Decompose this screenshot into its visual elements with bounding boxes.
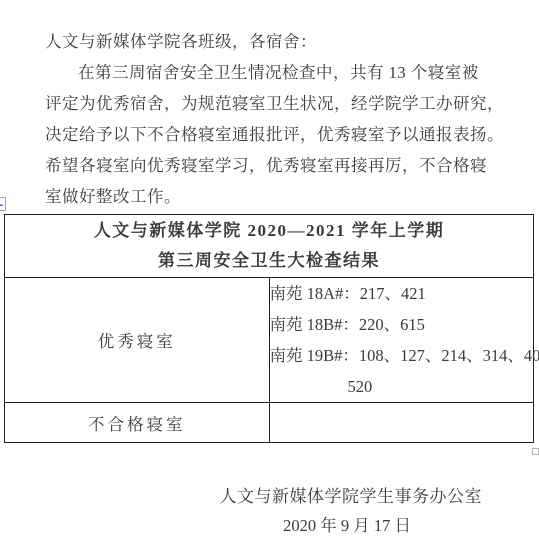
table-title-cell: 人文与新媒体学院 2020—2021 学年上学期 第三周安全卫生大检查结果 [5, 215, 534, 278]
signature-date: 2020 年 9 月 17 日 [283, 512, 411, 536]
body-line: 室做好整改工作。 [45, 181, 530, 212]
signature-office: 人文与新媒体学院学生事务办公室 [220, 482, 483, 507]
inspection-table-wrap: 人文与新媒体学院 2020—2021 学年上学期 第三周安全卫生大检查结果 优秀… [4, 214, 534, 443]
table-title-row: 人文与新媒体学院 2020—2021 学年上学期 第三周安全卫生大检查结果 [5, 215, 534, 278]
inspection-table: 人文与新媒体学院 2020—2021 学年上学期 第三周安全卫生大检查结果 优秀… [4, 214, 534, 443]
document-body: 人文与新媒体学院各班级，各宿舍： 在第三周宿舍安全卫生情况检查中，共有 13 个… [0, 0, 539, 212]
body-line: 在第三周宿舍安全卫生情况检查中，共有 13 个寝室被 [45, 57, 530, 88]
salutation: 人文与新媒体学院各班级，各宿舍： [45, 26, 530, 57]
table-row-fail: 不合格寝室 [5, 403, 534, 443]
fail-values [269, 403, 534, 443]
dorm-list-line: 南苑 19B#：108、127、214、314、404、410、422、502、 [270, 340, 534, 371]
dorm-list-line: 南苑 18A#：217、421 [270, 278, 534, 309]
dorm-list-line: 520 [270, 371, 534, 402]
fail-label: 不合格寝室 [5, 403, 270, 443]
dorm-list-line: 南苑 18B#：220、615 [270, 309, 534, 340]
table-move-handle-icon[interactable]: + [0, 197, 6, 211]
body-line: 评定为优秀宿舍，为规范寝室卫生状况，经学院学工办研究， [45, 88, 530, 119]
excellent-label: 优秀寝室 [5, 278, 270, 403]
document-page: 人文与新媒体学院各班级，各宿舍： 在第三周宿舍安全卫生情况检查中，共有 13 个… [0, 0, 539, 542]
excellent-values: 南苑 18A#：217、421 南苑 18B#：220、615 南苑 19B#：… [269, 278, 534, 403]
table-title-line1: 人文与新媒体学院 2020—2021 学年上学期 [5, 216, 533, 246]
body-line: 希望各寝室向优秀寝室学习，优秀寝室再接再厉，不合格寝 [45, 150, 530, 181]
table-resize-handle-icon[interactable] [532, 448, 539, 455]
table-row-excellent: 优秀寝室 南苑 18A#：217、421 南苑 18B#：220、615 南苑 … [5, 278, 534, 403]
body-line: 决定给予以下不合格寝室通报批评，优秀寝室予以通报表扬。 [45, 119, 530, 150]
table-title-line2: 第三周安全卫生大检查结果 [5, 246, 533, 276]
